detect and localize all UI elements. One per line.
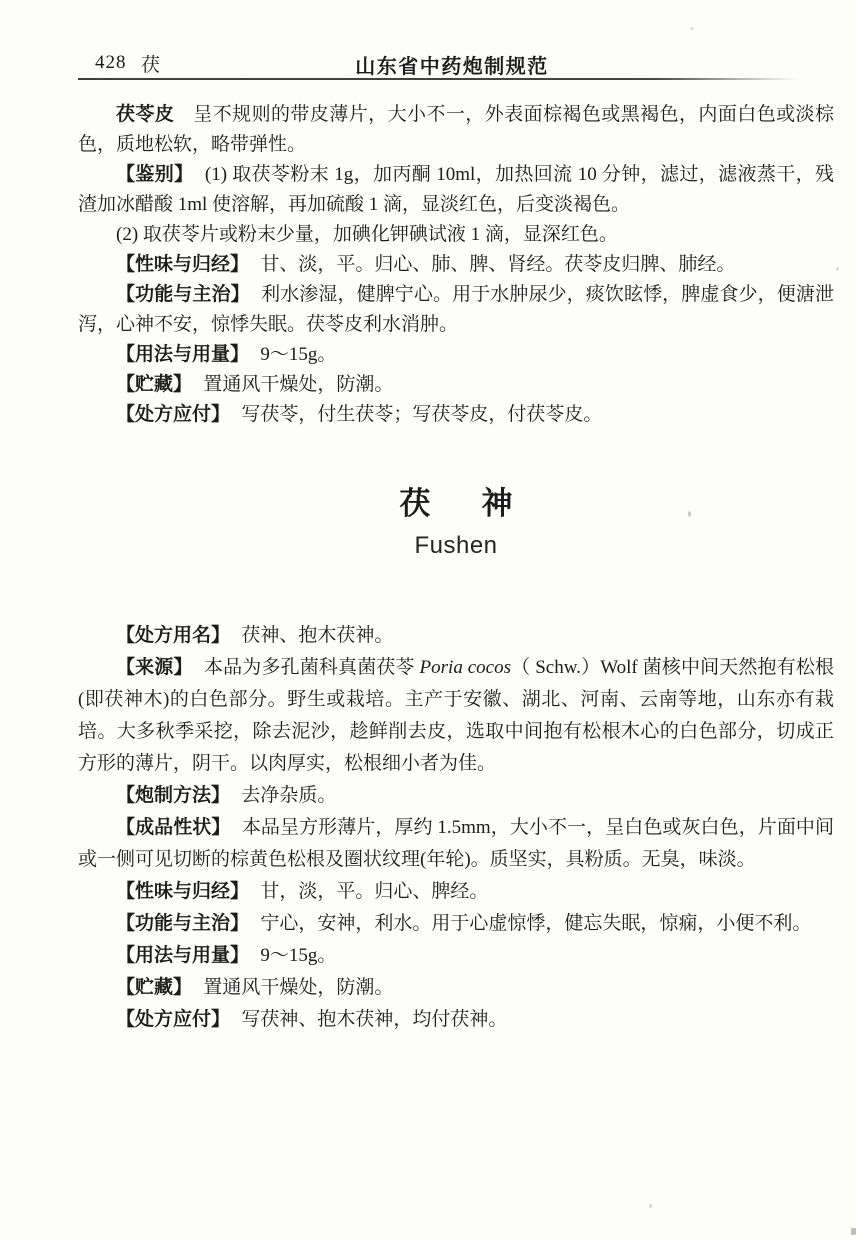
paragraph-property-meridian: 【性味与归经】甘、淡，平。归心、肺、脾、肾经。茯苓皮归脾、肺经。: [78, 250, 834, 280]
paragraph-text: 置通风干燥处，防潮。: [203, 977, 393, 998]
section-label: 【鉴别】: [116, 164, 194, 185]
page-header: 428 茯 山东省中药炮制规范: [95, 50, 832, 76]
section-label: 【贮藏】: [116, 374, 192, 395]
paragraph-text: 甘、淡，平。归心、肺、脾、肾经。茯苓皮归脾、肺经。: [260, 254, 735, 275]
entry-fulingpi-sections: 茯苓皮呈不规则的带皮薄片，大小不一，外表面棕褐色或黑褐色，内面白色或淡棕色，质地…: [78, 100, 834, 430]
paragraph-text: 9～15g。: [260, 945, 336, 966]
paragraph-text: (2) 取茯苓片或粉末少量，加碘化钾碘试液 1 滴，显深红色。: [116, 224, 618, 245]
page-number: 428: [95, 52, 127, 74]
paragraph-prescription-name: 【处方用名】茯神、抱木茯神。: [78, 620, 834, 652]
drug-name-label: 茯苓皮: [116, 104, 174, 125]
paragraph-storage: 【贮藏】置通风干燥处，防潮。: [78, 370, 834, 400]
scan-speck: [851, 1228, 856, 1235]
section-label: 【处方用名】: [116, 625, 230, 646]
paragraph-text: 去净杂质。: [241, 785, 336, 806]
paragraph-function-indication: 【功能与主治】宁心，安神，利水。用于心虚惊悸，健忘失眠，惊痫，小便不利。: [78, 908, 834, 940]
section-label: 【用法与用量】: [116, 344, 249, 365]
paragraph-identification-2: (2) 取茯苓片或粉末少量，加碘化钾碘试液 1 滴，显深红色。: [78, 220, 834, 250]
scan-speck: [836, 267, 839, 271]
paragraph-text: 宁心，安神，利水。用于心虚惊悸，健忘失眠，惊痫，小便不利。: [260, 913, 811, 934]
paragraph-text: 茯神、抱木茯神。: [241, 625, 393, 646]
header-rule: [78, 78, 797, 80]
section-label: 【处方应付】: [116, 404, 230, 425]
entry-title-block: 茯 神 Fushen: [78, 484, 834, 559]
paragraph-dosage: 【用法与用量】9～15g。: [78, 340, 834, 370]
entry-title: 茯 神: [78, 484, 834, 524]
latin-binomial: Poria cocos: [420, 657, 511, 678]
chapter-label: 茯: [141, 50, 160, 77]
paragraph-dosage: 【用法与用量】9～15g。: [78, 940, 834, 972]
paragraph-text: 呈不规则的带皮薄片，大小不一，外表面棕褐色或黑褐色，内面白色或淡棕色，质地松软，…: [78, 104, 834, 155]
paragraph-text: 写茯神、抱木茯神，均付茯神。: [241, 1009, 507, 1030]
paragraph-storage: 【贮藏】置通风干燥处，防潮。: [78, 972, 834, 1004]
section-label: 【功能与主治】: [116, 284, 250, 305]
section-label: 【用法与用量】: [116, 945, 249, 966]
paragraph-text: 置通风干燥处，防潮。: [203, 374, 393, 395]
paragraph-processing-method: 【炮制方法】去净杂质。: [78, 780, 834, 812]
scan-speck: [688, 511, 691, 517]
section-label: 【炮制方法】: [116, 785, 230, 806]
book-page: 428 茯 山东省中药炮制规范 茯苓皮呈不规则的带皮薄片，大小不一，外表面棕褐色…: [0, 0, 856, 1239]
paragraph-dispensing: 【处方应付】写茯苓，付生茯苓；写茯苓皮，付茯苓皮。: [78, 400, 834, 430]
paragraph-text: 甘，淡，平。归心、脾经。: [260, 881, 488, 902]
paragraph-identification: 【鉴别】(1) 取茯苓粉末 1g，加丙酮 10ml，加热回流 10 分钟，滤过，…: [78, 160, 834, 220]
paragraph-drug-description: 茯苓皮呈不规则的带皮薄片，大小不一，外表面棕褐色或黑褐色，内面白色或淡棕色，质地…: [78, 100, 834, 160]
section-label: 【贮藏】: [116, 977, 192, 998]
paragraph-text: 9～15g。: [260, 344, 336, 365]
paragraph-text: 写茯苓，付生茯苓；写茯苓皮，付茯苓皮。: [241, 404, 602, 425]
paragraph-text: 本品为多孔菌科真菌茯苓: [204, 657, 420, 678]
scan-speck: [649, 1204, 652, 1208]
paragraph-source: 【来源】本品为多孔菌科真菌茯苓 Poria cocos（ Schw.）Wolf …: [78, 652, 834, 780]
entry-fushen-sections: 【处方用名】茯神、抱木茯神。 【来源】本品为多孔菌科真菌茯苓 Poria coc…: [78, 620, 834, 1036]
paragraph-property-meridian: 【性味与归经】甘，淡，平。归心、脾经。: [78, 876, 834, 908]
paragraph-function-indication: 【功能与主治】利水渗湿，健脾宁心。用于水肿尿少，痰饮眩悸，脾虚食少，便溏泄泻，心…: [78, 280, 834, 340]
paragraph-dispensing: 【处方应付】写茯神、抱木茯神，均付茯神。: [78, 1004, 834, 1036]
section-label: 【性味与归经】: [116, 254, 249, 275]
section-label: 【处方应付】: [116, 1009, 230, 1030]
paragraph-finished-product: 【成品性状】本品呈方形薄片，厚约 1.5mm，大小不一，呈白色或灰白色，片面中间…: [78, 812, 834, 876]
scan-speck: [690, 27, 694, 30]
section-label: 【性味与归经】: [116, 881, 249, 902]
section-label: 【成品性状】: [116, 817, 230, 838]
book-title: 山东省中药炮制规范: [355, 50, 549, 79]
section-label: 【来源】: [116, 657, 193, 678]
section-label: 【功能与主治】: [116, 913, 249, 934]
entry-pinyin: Fushen: [78, 533, 834, 559]
